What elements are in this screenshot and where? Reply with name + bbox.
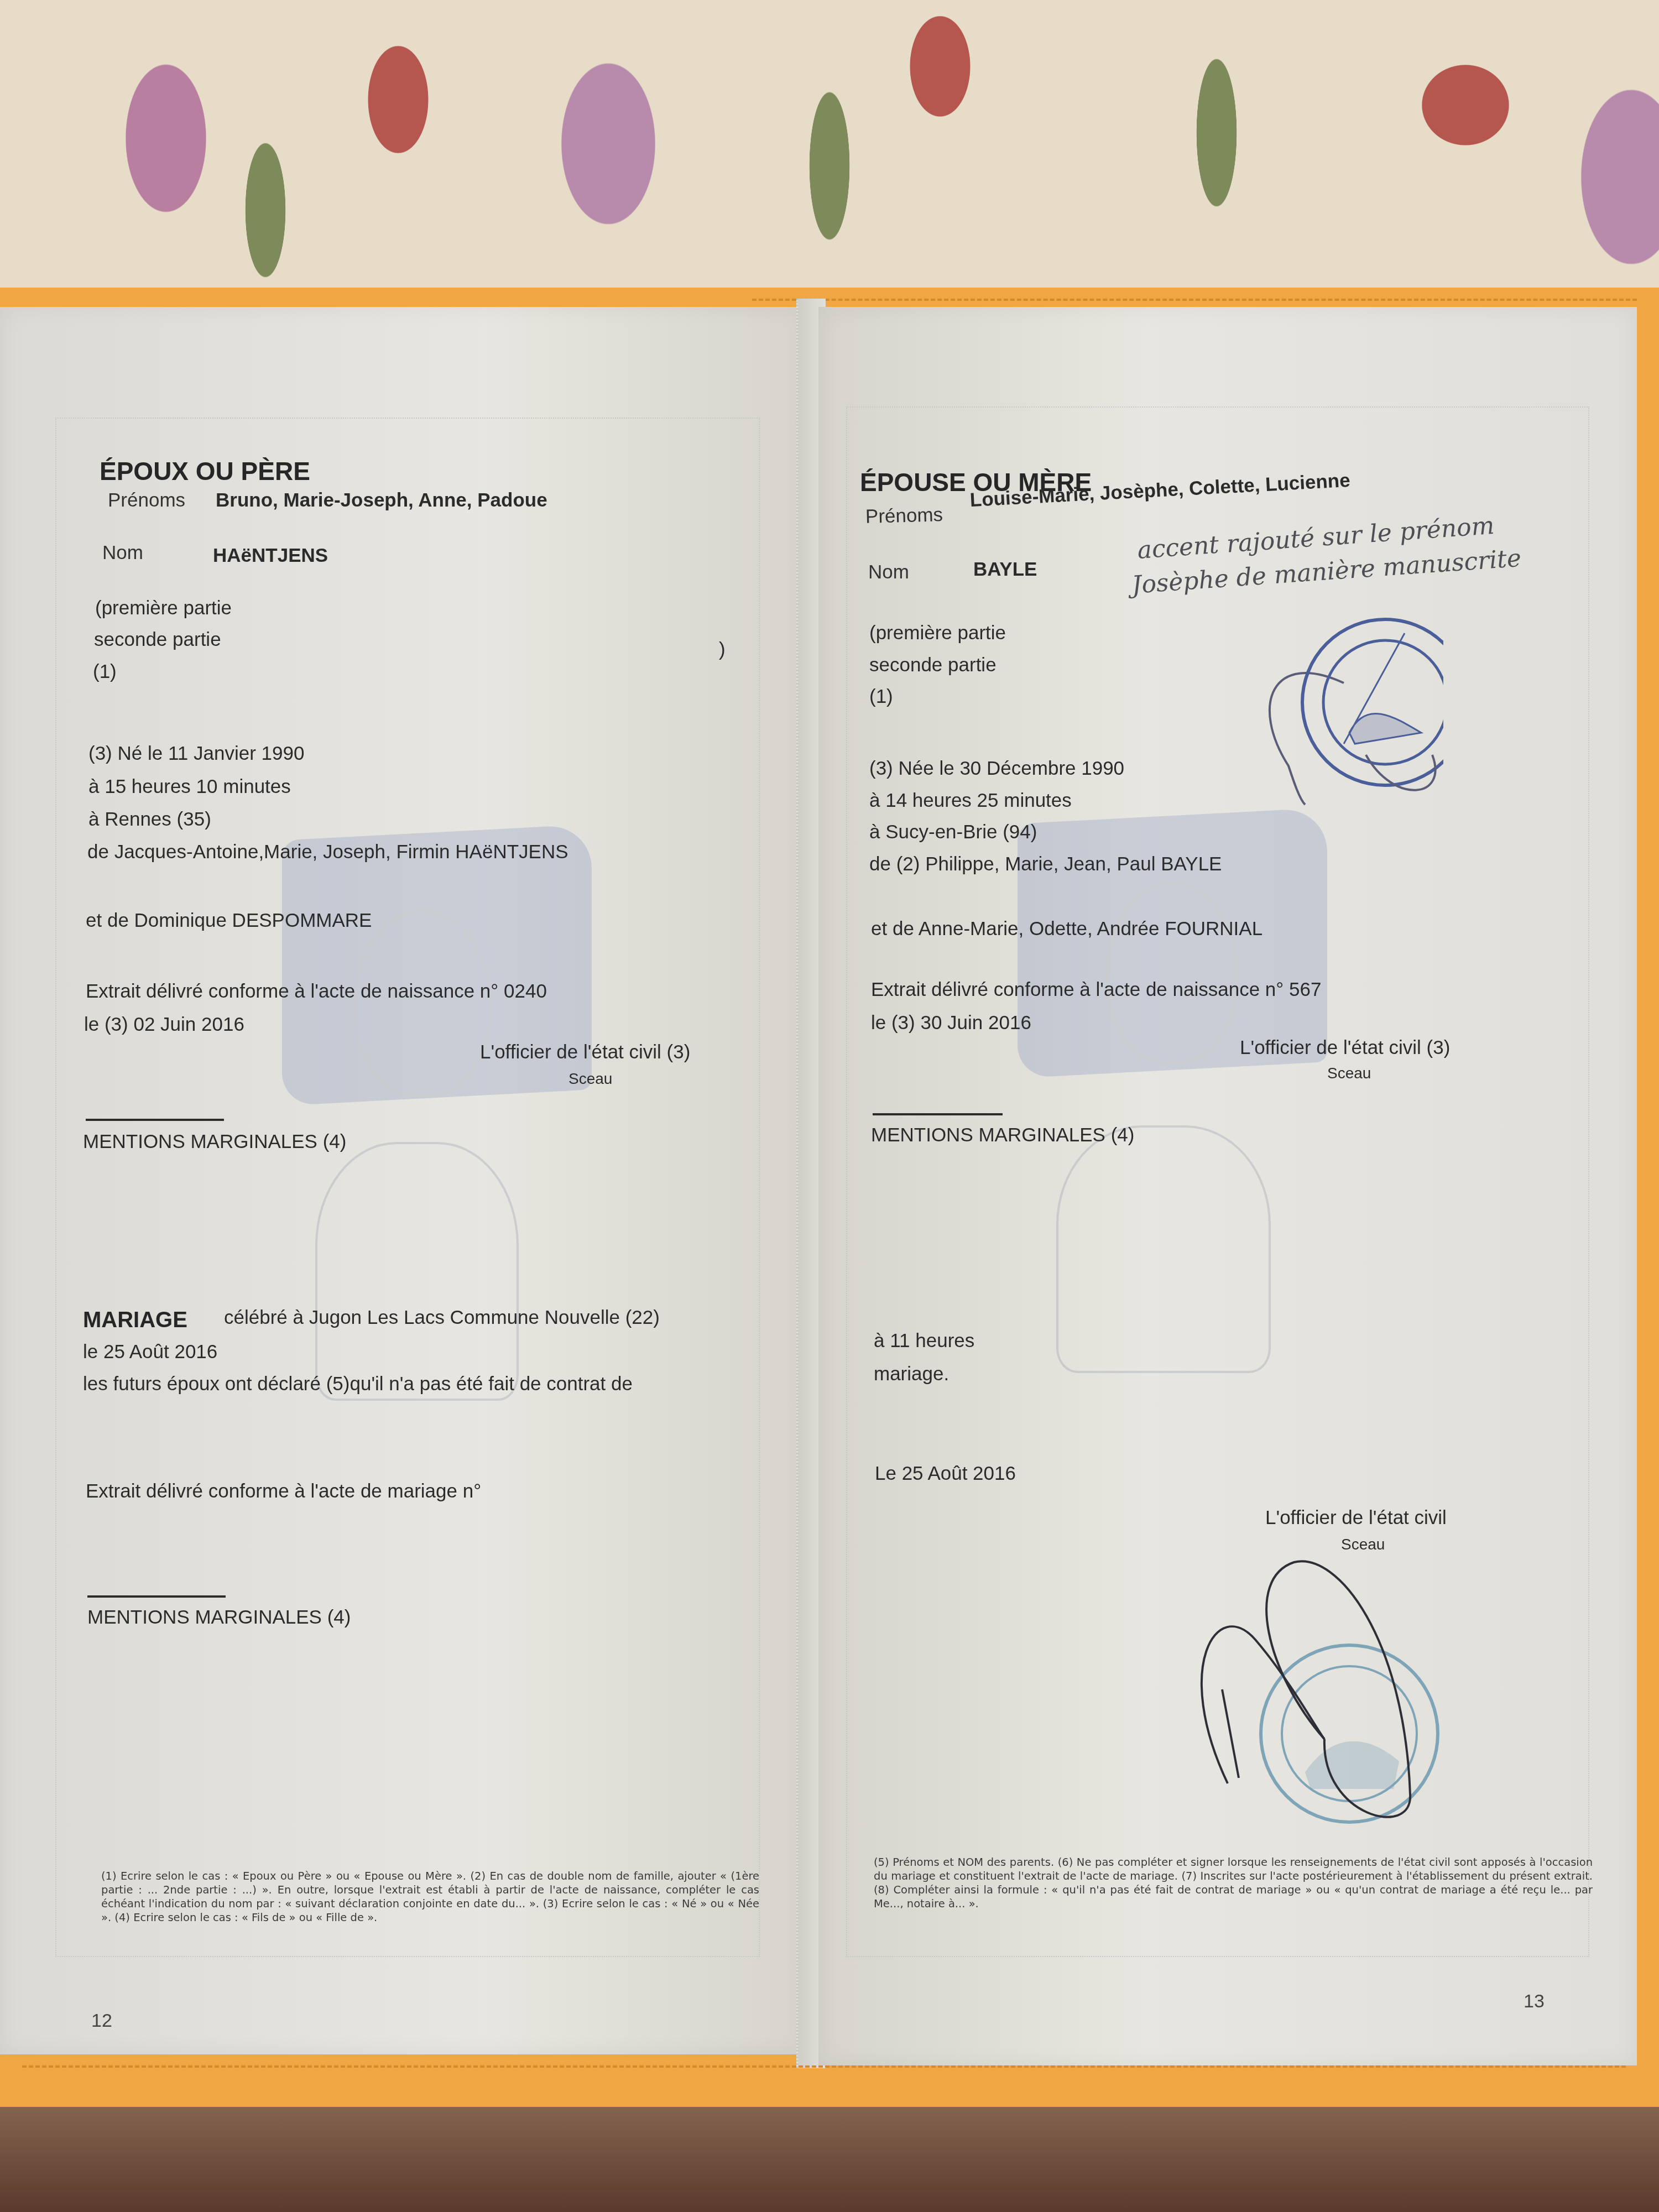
officer-label: L'officier de l'état civil (3) [1240,1037,1450,1059]
birth-extract-line: Extrait délivré conforme à l'acte de nai… [86,980,547,1003]
cover-stitching [22,2065,1626,2068]
mother-line: et de Anne-Marie, Odette, Andrée FOURNIA… [871,918,1262,940]
mentions-marginales-2: MENTIONS MARGINALES (4) [87,1606,351,1629]
father-line: de (2) Philippe, Marie, Jean, Paul BAYLE [869,853,1222,875]
father-line: de Jacques-Antoine,Marie, Joseph, Firmin… [87,841,568,863]
partie-line-3: (1) [93,661,117,683]
spouse-heading: ÉPOUX OU PÈRE [100,456,310,486]
marriage-time: à 11 heures [874,1330,974,1352]
signature-date: Le 25 Août 2016 [875,1463,1016,1485]
seal-label: Sceau [1327,1065,1371,1082]
footnotes-left: (1) Ecrire selon le cas : « Epoux ou Pèr… [101,1869,759,1924]
nom-label: Nom [102,542,143,564]
floor-background [0,2090,1659,2212]
birth-line-1: (3) Née le 30 Décembre 1990 [869,758,1124,780]
nom-value: BAYLE [973,559,1037,581]
page-number-right: 13 [1524,1991,1545,2012]
footnotes-right: (5) Prénoms et NOM des parents. (6) Ne p… [874,1855,1593,1911]
mentions-marginales-1: MENTIONS MARGINALES (4) [83,1131,346,1153]
prenoms-value: Bruno, Marie-Joseph, Anne, Padoue [216,489,547,512]
partie-line-2: seconde partie [869,654,997,676]
birth-line-2: à 14 heures 25 minutes [869,790,1072,812]
birth-line-3: à Sucy-en-Brie (94) [869,821,1037,843]
nom-label: Nom [868,561,909,583]
section-divider [86,1119,224,1121]
partie-line-1: (première partie [869,622,1006,644]
prenoms-label: Prénoms [108,489,185,512]
section-divider [873,1113,1003,1115]
marriage-declaration: les futurs époux ont déclaré (5)qu'il n'… [83,1373,633,1395]
mother-line: et de Dominique DESPOMMARE [86,910,372,932]
birth-extract-date: le (3) 02 Juin 2016 [84,1014,244,1036]
seal-label: Sceau [568,1070,612,1088]
page-number-left: 12 [91,2010,112,2032]
officer-signature-and-stamp [1183,1529,1471,1839]
partie-line-3: (1) [869,686,893,708]
mentions-marginales: MENTIONS MARGINALES (4) [871,1124,1134,1146]
final-officer-label: L'officier de l'état civil [1265,1507,1447,1529]
birth-line-3: à Rennes (35) [88,808,211,831]
prenoms-label: Prénoms [865,504,943,528]
partie-close-paren: ) [719,639,726,661]
cover-stitching [752,299,1637,301]
marriage-place: célébré à Jugon Les Lacs Commune Nouvell… [224,1307,660,1329]
marriage-date: le 25 Août 2016 [83,1341,217,1363]
signature-and-stamp-top [1250,567,1443,810]
partie-line-2: seconde partie [94,629,221,651]
nom-value: HAëNTJENS [213,545,328,567]
right-page: ÉPOUSE OU MÈRE Prénoms Louise-Marie, Jos… [818,307,1637,2065]
birth-line-1: (3) Né le 11 Janvier 1990 [88,743,304,765]
partie-line-1: (première partie [95,597,232,619]
left-page: ÉPOUX OU PÈRE Prénoms Bruno, Marie-Josep… [0,307,807,2054]
section-divider [87,1595,226,1598]
birth-line-2: à 15 heures 10 minutes [88,776,291,798]
marriage-extract-line: Extrait délivré conforme à l'acte de mar… [86,1480,481,1503]
marriage-word: mariage. [874,1363,949,1385]
marriage-heading: MARIAGE [83,1308,187,1333]
birth-extract-line: Extrait délivré conforme à l'acte de nai… [871,979,1321,1001]
officer-label: L'officier de l'état civil (3) [480,1041,690,1063]
birth-extract-date: le (3) 30 Juin 2016 [871,1012,1031,1034]
